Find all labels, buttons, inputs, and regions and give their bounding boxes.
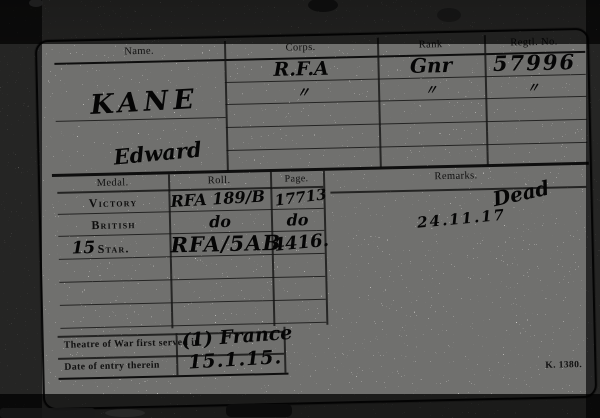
regtl-no-column-header: Regtl. No. — [484, 36, 584, 49]
corps-ditto-mark: 〃 — [288, 82, 318, 103]
rule — [225, 96, 586, 106]
regtl-ditto-mark: 〃 — [518, 77, 548, 97]
date-of-entry-label: Date of entry therein — [64, 360, 160, 373]
corps-entry: R.F.A — [224, 57, 377, 82]
star-medal-prefix: 15 — [71, 238, 95, 259]
british-roll-ditto: do — [169, 211, 271, 232]
rule — [226, 142, 587, 152]
regtl-no-entry: 57996 — [484, 49, 585, 76]
victory-page-entry: 17713 — [274, 185, 328, 209]
page-column-header: Page. — [270, 173, 323, 185]
scanned-medal-card-page: Name. Corps. Rank Regtl. No. KANE Edward… — [0, 0, 600, 418]
remarks-column-header: Remarks. — [323, 168, 589, 185]
star-medal-label: Star. — [97, 241, 129, 257]
corps-column-header: Corps. — [224, 41, 377, 55]
rank-column-header: Rank — [377, 38, 484, 51]
rule — [226, 119, 587, 129]
rule — [59, 276, 325, 283]
forename-entry: Edward — [112, 137, 202, 170]
form-code: K. 1380. — [545, 360, 582, 371]
british-medal-label: British — [58, 216, 169, 234]
british-page-ditto: do — [271, 210, 324, 230]
theatre-of-war-label: Theatre of War first served in — [64, 337, 201, 351]
date-of-entry-entry: 15.1.15. — [188, 346, 283, 373]
star-roll-entry: RFA/5AB — [170, 230, 281, 258]
surname-entry: KANE — [90, 84, 200, 121]
rule — [59, 373, 289, 380]
victory-roll-entry: RFA 189/B — [170, 187, 265, 211]
rank-ditto-mark: 〃 — [416, 79, 446, 99]
remarks-date-note: 24.11.17 — [416, 206, 506, 232]
ink-smear-bottom-left — [0, 408, 95, 418]
roll-column-header: Roll. — [168, 174, 270, 187]
name-column-header: Name. — [54, 44, 224, 59]
medal-column-header: Medal. — [57, 176, 168, 190]
victory-medal-label: Victory — [57, 194, 168, 212]
ink-shadow-bottom — [105, 409, 145, 417]
medal-index-card: Name. Corps. Rank Regtl. No. KANE Edward… — [35, 28, 597, 410]
rank-entry: Gnr — [377, 52, 485, 78]
rule — [60, 299, 326, 306]
ink-blot-bottom — [226, 404, 292, 417]
